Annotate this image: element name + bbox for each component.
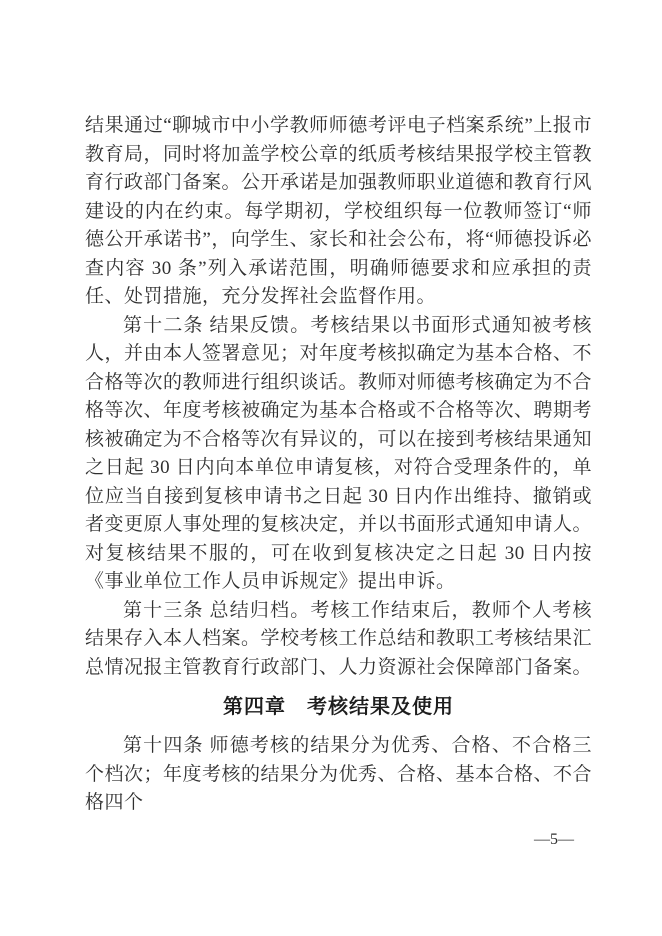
paragraph-article-13-summary-archiving: 第十三条 总结归档。考核工作结束后，教师个人考核结果存入本人档案。学校考核工作总…: [85, 597, 592, 683]
paragraph-continuation-reporting: 结果通过“聊城市中小学教师师德考评电子档案系统”上报市教育局，同时将加盖学校公章…: [85, 112, 592, 312]
document-body: 结果通过“聊城市中小学教师师德考评电子档案系统”上报市教育局，同时将加盖学校公章…: [85, 112, 592, 818]
paragraph-article-12-result-feedback: 第十二条 结果反馈。考核结果以书面形式通知被考核人，并由本人签署意见；对年度考核…: [85, 312, 592, 597]
page-number: —5—: [534, 831, 574, 849]
chapter-4-heading: 第四章 考核结果及使用: [85, 693, 592, 721]
document-page: 结果通过“聊城市中小学教师师德考评电子档案系统”上报市教育局，同时将加盖学校公章…: [0, 0, 662, 936]
paragraph-article-14-result-levels: 第十四条 师德考核的结果分为优秀、合格、不合格三个档次；年度考核的结果分为优秀、…: [85, 732, 592, 818]
